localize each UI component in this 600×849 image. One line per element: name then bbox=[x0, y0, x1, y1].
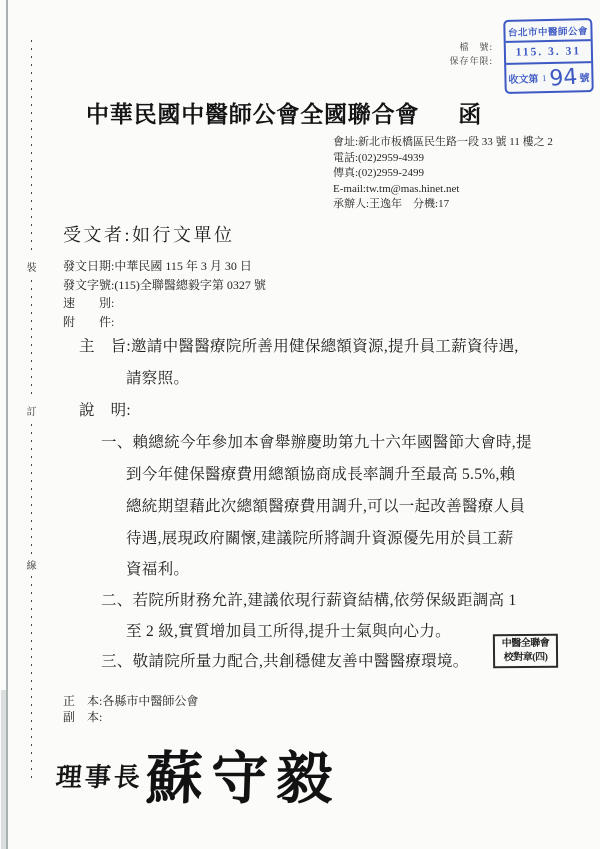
original-copy-label: 正 本: bbox=[63, 694, 102, 708]
proofread-stamp: 中醫全聯會 校對章(四) bbox=[493, 634, 558, 669]
speed-label: 速 別: bbox=[63, 296, 114, 310]
contact-handler: 承辦人:王逸年 分機:17 bbox=[333, 197, 553, 213]
doc-number-row: 發文字號:(115)全聯醫總毅字第 0327 號 bbox=[63, 276, 266, 295]
original-copy-row: 正 本:各縣市中醫師公會 bbox=[63, 693, 198, 709]
speed-row: 速 別: bbox=[63, 294, 266, 313]
file-number-label: 檔 號: bbox=[404, 41, 493, 55]
organization-title: 中華民國中醫師公會全國聯合會 bbox=[86, 102, 419, 127]
explanation-item1-line1: 一、賴總統今年參加本會舉辦慶助第九十六年國醫節大會時,提 bbox=[0, 430, 600, 452]
item2-number: 二、 bbox=[101, 592, 133, 609]
meta-block: 發文日期:中華民國 115 年 3 月 30 日 發文字號:(115)全聯醫總毅… bbox=[63, 257, 266, 331]
item3-number: 三、 bbox=[101, 653, 133, 670]
chairman-signature: 蘇守毅 bbox=[145, 733, 343, 815]
distribution-block: 正 本:各縣市中醫師公會 副 本: bbox=[63, 693, 198, 726]
item1-text-1: 賴總統今年參加本會舉辦慶助第九十六年國醫節大會時,提 bbox=[133, 434, 532, 451]
document-type: 函 bbox=[458, 102, 481, 127]
receipt-stamp-org: 台北市中醫師公會 bbox=[505, 20, 590, 43]
original-copy-value: 各縣市中醫師公會 bbox=[102, 694, 198, 708]
item2-text-1: 若院所財務允許,建議依現行薪資結構,依勞保級距調高 1 bbox=[133, 592, 517, 609]
carbon-copy-label: 副 本: bbox=[63, 710, 102, 724]
subject-label: 主 旨: bbox=[79, 338, 131, 355]
item1-number: 一、 bbox=[101, 434, 133, 451]
doc-number-label: 發文字號: bbox=[63, 278, 114, 292]
binding-mark-zhuang: 裝 bbox=[24, 256, 39, 277]
issue-date-row: 發文日期:中華民國 115 年 3 月 30 日 bbox=[63, 257, 266, 276]
explanation-item1-line3: 總統期望藉此次總額醫療費用調升,可以一起改善醫療人員 bbox=[0, 494, 600, 516]
subject-line-1: 主 旨:邀請中醫醫療院所善用健保總額資源,提升員工薪資待遇, bbox=[0, 334, 600, 356]
explanation-item1-line2: 到今年健保醫療費用總額協商成長率調升至最高 5.5%,賴 bbox=[0, 462, 600, 484]
scan-edge-shadow bbox=[1, 690, 6, 849]
recipient-line: 受文者:如行文單位 bbox=[63, 221, 235, 247]
carbon-copy-row: 副 本: bbox=[63, 709, 198, 725]
item3-text-1: 敬請院所量力配合,共創穩健友善中醫醫療環境。 bbox=[133, 653, 469, 670]
proofread-stamp-org: 中醫全聯會 bbox=[495, 637, 556, 652]
chairman-title: 理事長 bbox=[55, 757, 145, 794]
retention-period-label: 保存年限: bbox=[404, 55, 493, 69]
scan-edge-line bbox=[6, 0, 8, 849]
subject-text: 邀請中醫醫療院所善用健保總額資源,提升員工薪資待遇, bbox=[131, 338, 519, 355]
contact-address: 會址:新北市板橋區民生路一段 33 號 11 樓之 2 bbox=[333, 135, 553, 151]
contact-email: E-mail:tw.tm@mas.hinet.net bbox=[333, 182, 553, 198]
receipt-number-small-digit: 1 bbox=[542, 73, 547, 83]
recipient-label: 受文者: bbox=[63, 225, 132, 245]
receipt-number-prefix: 收文第 bbox=[508, 70, 538, 86]
receipt-stamp-number-row: 收文第194號 bbox=[506, 63, 592, 92]
archive-labels: 檔 號: 保存年限: bbox=[404, 41, 493, 68]
receipt-number-suffix: 號 bbox=[579, 69, 589, 84]
explanation-label: 說 明: bbox=[0, 398, 600, 420]
recipient-value: 如行文單位 bbox=[132, 225, 235, 245]
scanned-letter-page: 裝 訂 線 檔 號: 保存年限: 台北市中醫師公會 115. 3. 31 收文第… bbox=[0, 0, 600, 849]
explanation-item1-line4: 待遇,展現政府關懷,建議院所將調升資源優先用於員工薪 bbox=[0, 526, 600, 548]
attachment-label: 附 件: bbox=[63, 315, 114, 329]
proofread-stamp-seal: 校對章(四) bbox=[495, 651, 556, 666]
contact-phone: 電話:(02)2959-4939 bbox=[333, 151, 553, 167]
receipt-stamp: 台北市中醫師公會 115. 3. 31 收文第194號 bbox=[503, 18, 594, 94]
explanation-item2-line1: 二、若院所財務允許,建議依現行薪資結構,依勞保級距調高 1 bbox=[0, 588, 600, 610]
issue-date-label: 發文日期: bbox=[63, 259, 114, 273]
doc-number-value: (115)全聯醫總毅字第 0327 號 bbox=[114, 278, 266, 292]
contact-block: 會址:新北市板橋區民生路一段 33 號 11 樓之 2 電話:(02)2959-… bbox=[333, 135, 553, 213]
subject-line-2: 請察照。 bbox=[0, 366, 600, 388]
letter-header: 中華民國中醫師公會全國聯合會函 bbox=[86, 96, 481, 129]
receipt-stamp-date: 115. 3. 31 bbox=[506, 41, 591, 65]
attachment-row: 附 件: bbox=[63, 313, 266, 332]
contact-fax: 傳真:(02)2959-2499 bbox=[333, 166, 553, 182]
issue-date-value: 中華民國 115 年 3 月 30 日 bbox=[114, 259, 252, 273]
receipt-number-handwritten: 94 bbox=[548, 68, 577, 90]
explanation-item1-line5: 資福利。 bbox=[0, 557, 600, 579]
